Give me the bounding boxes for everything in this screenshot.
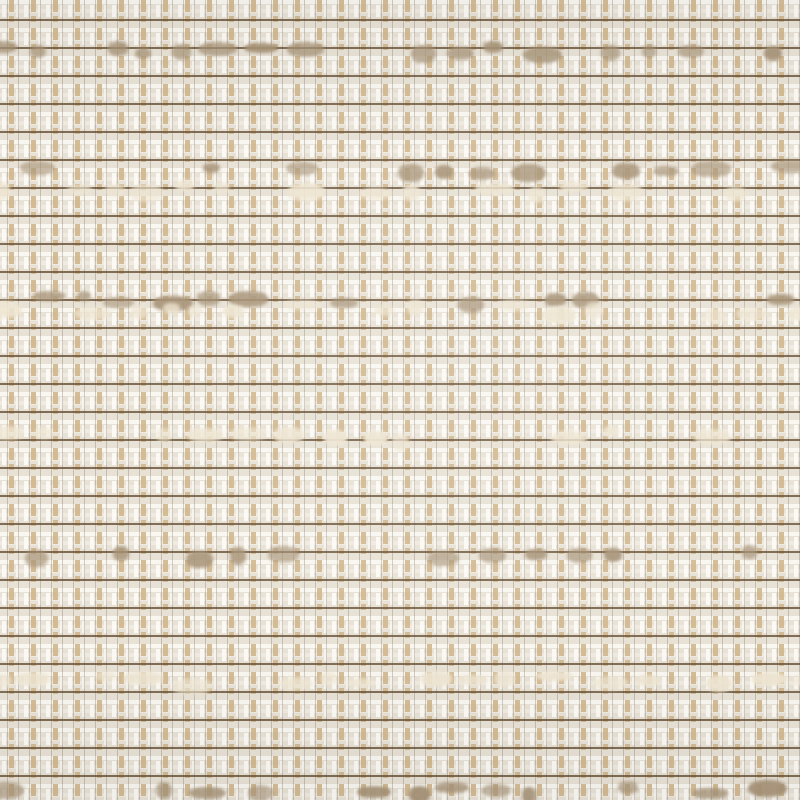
slub [402, 185, 420, 201]
slub [457, 675, 487, 685]
slub [357, 786, 391, 799]
slub [130, 305, 148, 320]
slub [409, 786, 430, 800]
slub [483, 41, 503, 53]
slub [273, 427, 304, 443]
slub [691, 161, 731, 176]
slub [16, 672, 50, 686]
slub [30, 45, 46, 58]
slub [435, 782, 468, 793]
slub [0, 182, 10, 199]
slub [764, 46, 782, 61]
slub [704, 308, 726, 324]
slub [268, 546, 300, 562]
slub [407, 300, 423, 315]
slub [0, 674, 12, 688]
slub [482, 784, 510, 797]
slub [392, 433, 408, 451]
slub [435, 165, 452, 179]
slub [214, 182, 229, 195]
slub [324, 430, 347, 446]
slub [287, 42, 324, 57]
slub [108, 41, 128, 55]
slub [163, 303, 179, 314]
slub [124, 671, 163, 685]
fabric-texture [0, 0, 800, 800]
slub [636, 675, 661, 686]
slub [694, 429, 731, 445]
slub [601, 45, 621, 61]
slub [411, 45, 436, 63]
slub [475, 183, 514, 196]
slub [187, 428, 223, 442]
slub [248, 785, 273, 800]
slub [130, 184, 163, 201]
slub [229, 427, 267, 441]
slub-band [0, 545, 800, 567]
slub [494, 671, 515, 687]
slub [447, 47, 474, 61]
slub [203, 163, 220, 173]
slub [186, 551, 213, 567]
slub [479, 548, 506, 563]
slub [543, 306, 577, 324]
slub [469, 167, 495, 180]
slub [286, 162, 319, 175]
slub [135, 48, 150, 59]
slub [398, 164, 423, 181]
slub [67, 185, 92, 196]
slub [230, 547, 247, 564]
slub [618, 781, 638, 793]
slub [706, 675, 732, 692]
slub [653, 166, 679, 176]
slub [748, 780, 788, 797]
slub [198, 42, 238, 56]
slub-band [0, 425, 800, 447]
slub [612, 163, 640, 179]
slub [20, 161, 56, 175]
slub [752, 672, 787, 686]
slub [95, 671, 116, 681]
slub [0, 301, 22, 319]
slub [223, 305, 243, 318]
slub-band [0, 780, 800, 800]
slub [347, 678, 374, 688]
slub [522, 787, 536, 800]
slub [156, 428, 172, 442]
slub [189, 787, 227, 799]
slub [359, 188, 392, 200]
slub [525, 549, 547, 560]
slub [364, 431, 388, 447]
slub [244, 43, 278, 54]
slub [693, 788, 728, 799]
slub [421, 671, 452, 686]
slub [175, 180, 195, 191]
slub-band [0, 300, 800, 322]
slub [736, 307, 768, 321]
slub [603, 426, 619, 437]
slub [320, 672, 337, 685]
slub [771, 160, 800, 173]
slub [604, 548, 622, 562]
slub [172, 44, 191, 59]
slub [427, 551, 459, 567]
slub [742, 545, 756, 559]
slub [567, 548, 591, 563]
slub-band [0, 670, 800, 692]
slub [642, 45, 656, 59]
slub-band [0, 40, 800, 62]
slub [0, 426, 24, 440]
slub [724, 187, 747, 202]
slub [528, 187, 545, 203]
slub [559, 181, 589, 192]
slub [288, 183, 325, 201]
slub [25, 550, 48, 567]
slub [0, 782, 24, 800]
slub [113, 546, 129, 561]
slub [35, 427, 53, 439]
slub [787, 306, 800, 321]
slub [609, 184, 643, 201]
slub [172, 678, 212, 695]
slub [74, 307, 112, 320]
slub [678, 45, 704, 59]
slub [280, 677, 312, 690]
slub [156, 782, 171, 800]
slub-band [0, 160, 800, 182]
slub [791, 675, 800, 686]
slub [536, 671, 573, 682]
slub [284, 300, 321, 310]
slub [551, 431, 587, 445]
slub-band [0, 180, 800, 202]
slub [593, 676, 628, 690]
slub [0, 41, 17, 53]
slub [523, 47, 562, 63]
slub [374, 305, 394, 316]
slub [188, 305, 202, 317]
slub [585, 302, 604, 318]
slub [105, 184, 126, 197]
slub [498, 300, 529, 311]
